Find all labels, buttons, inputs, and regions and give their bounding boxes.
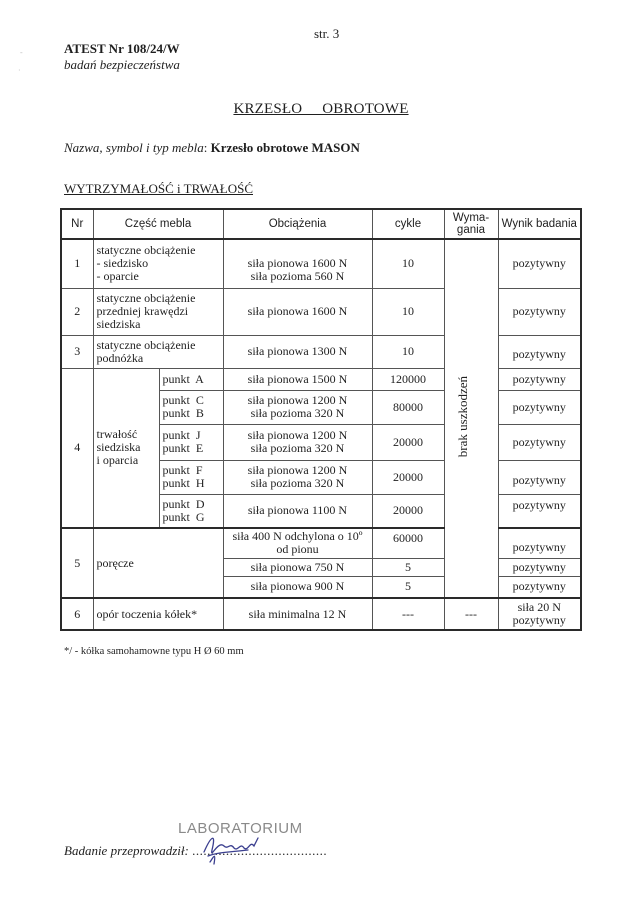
furniture-name-value: Krzesło obrotowe MASON: [211, 140, 360, 155]
row-cycles: 60000: [372, 528, 444, 558]
row-result: pozytywny: [498, 335, 581, 368]
table-row: 6 opór toczenia kółek* siła minimalna 12…: [61, 598, 581, 630]
row-nr: 2: [61, 288, 93, 335]
document-title-text: KRZESŁO OBROTOWE: [233, 101, 408, 117]
row-cycles: 10: [372, 288, 444, 335]
signature-label: Badanie przeprowadził:: [64, 843, 189, 858]
row-points: punkt C punkt B: [159, 390, 223, 424]
row-points: punkt A: [159, 368, 223, 390]
row-cycles: 10: [372, 335, 444, 368]
row-part: poręcze: [93, 528, 223, 598]
row-nr: 6: [61, 598, 93, 630]
row-cycles: 20000: [372, 424, 444, 460]
signature-line: Badanie przeprowadził: .................…: [64, 843, 327, 859]
row-result: pozytywny: [498, 576, 581, 598]
row-cycles: 5: [372, 558, 444, 576]
row-result: pozytywny: [498, 494, 581, 528]
row-nr: 1: [61, 239, 93, 288]
row-part: statyczne obciążenie - siedzisko - oparc…: [93, 239, 223, 288]
scan-speck: -: [20, 48, 23, 57]
row-load: siła pionowa 1500 N: [223, 368, 372, 390]
certificate-subtitle: badań bezpieczeństwa: [64, 57, 180, 73]
handwritten-signature-icon: [198, 830, 268, 866]
row-load: siła pionowa 1200 N siła pozioma 320 N: [223, 460, 372, 494]
row-cycles: 5: [372, 576, 444, 598]
row-cycles: 20000: [372, 494, 444, 528]
row-load: siła pionowa 1100 N: [223, 494, 372, 528]
row-result: pozytywny: [498, 288, 581, 335]
header-load: Obciążenia: [223, 209, 372, 239]
row-load: siła pionowa 750 N: [223, 558, 372, 576]
scan-speck: ·: [18, 66, 21, 75]
row-result: pozytywny: [498, 424, 581, 460]
section-title: WYTRZYMAŁOŚĆ i TRWAŁOŚĆ: [64, 181, 253, 197]
certificate-number: ATEST Nr 108/24/W: [64, 41, 180, 57]
row-load: siła pionowa 1600 N: [223, 288, 372, 335]
table-row: 3 statyczne obciążenie podnóżka siła pio…: [61, 335, 581, 368]
table-row: 1 statyczne obciążenie - siedzisko - opa…: [61, 239, 581, 288]
row-cycles: 120000: [372, 368, 444, 390]
row-result: pozytywny: [498, 390, 581, 424]
table-header-row: Nr Część mebla Obciążenia cykle Wyma- ga…: [61, 209, 581, 239]
row-points: punkt J punkt E: [159, 424, 223, 460]
row-part: statyczne obciążenie przedniej krawędzi …: [93, 288, 223, 335]
page-number: str. 3: [314, 26, 339, 42]
row-cycles: 20000: [372, 460, 444, 494]
row-part: opór toczenia kółek*: [93, 598, 223, 630]
header-result: Wynik badania: [498, 209, 581, 239]
header-cycles: cykle: [372, 209, 444, 239]
document-title: KRZESŁO OBROTOWE: [0, 101, 642, 118]
row-nr: 3: [61, 335, 93, 368]
row-load: siła minimalna 12 N: [223, 598, 372, 630]
row-result: pozytywny: [498, 239, 581, 288]
row-nr: 5: [61, 528, 93, 598]
row-result: pozytywny: [498, 460, 581, 494]
furniture-name-line: Nazwa, symbol i typ mebla: Krzesło obrot…: [64, 140, 360, 156]
row-part: trwałość siedziska i oparcia: [93, 368, 159, 528]
row-result: pozytywny: [498, 528, 581, 558]
row-cycles: 80000: [372, 390, 444, 424]
row-load: siła pionowa 1600 N siła pozioma 560 N: [223, 239, 372, 288]
test-results-table: Nr Część mebla Obciążenia cykle Wyma- ga…: [60, 208, 582, 631]
row-cycles: ---: [372, 598, 444, 630]
table-row: 5 poręcze siła 400 N odchylona o 10º od …: [61, 528, 581, 558]
row-load: siła 400 N odchylona o 10º od pionu: [223, 528, 372, 558]
row-load: siła pionowa 1200 N siła pozioma 320 N: [223, 424, 372, 460]
table-row: 4 trwałość siedziska i oparcia punkt A s…: [61, 368, 581, 390]
row-cycles: 10: [372, 239, 444, 288]
row-part: statyczne obciążenie podnóżka: [93, 335, 223, 368]
header-requirements: Wyma- gania: [444, 209, 498, 239]
row-requirement: ---: [444, 598, 498, 630]
header-nr: Nr: [61, 209, 93, 239]
requirements-text: brak uszkodzeń: [455, 376, 487, 457]
row-points: punkt D punkt G: [159, 494, 223, 528]
row-result: siła 20 N pozytywny: [498, 598, 581, 630]
row-load: siła pionowa 900 N: [223, 576, 372, 598]
footnote: */ - kółka samohamowne typu H Ø 60 mm: [64, 646, 244, 657]
furniture-name-label: Nazwa, symbol i typ mebla: [64, 140, 204, 155]
row-load: siła pionowa 1300 N: [223, 335, 372, 368]
row-result: pozytywny: [498, 368, 581, 390]
header-part: Część mebla: [93, 209, 223, 239]
row-nr: 4: [61, 368, 93, 528]
row-load: siła pionowa 1200 N siła pozioma 320 N: [223, 390, 372, 424]
row-points: punkt F punkt H: [159, 460, 223, 494]
requirements-merged: brak uszkodzeń: [444, 239, 498, 598]
table-row: 2 statyczne obciążenie przedniej krawędz…: [61, 288, 581, 335]
row-result: pozytywny: [498, 558, 581, 576]
